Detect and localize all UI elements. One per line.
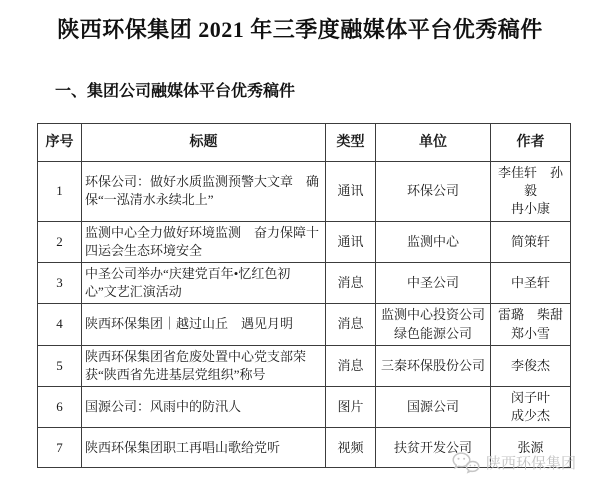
header-unit: 单位 — [376, 124, 491, 162]
header-author: 作者 — [491, 124, 571, 162]
row-unit: 中圣公司 — [376, 262, 491, 303]
row-author: 简策轩 — [491, 221, 571, 262]
table-body: 1环保公司：做好水质监测预警大文章 确保“一泓清水永续北上”通讯环保公司李佳轩 … — [38, 162, 571, 468]
row-author: 雷璐 柴甜 郑小雪 — [491, 304, 571, 345]
table-row: 2监测中心全力做好环境监测 奋力保障十四运会生态环境安全通讯监测中心简策轩 — [38, 221, 571, 262]
header-title: 标题 — [82, 124, 326, 162]
document-title: 陕西环保集团 2021 年三季度融媒体平台优秀稿件 — [10, 16, 590, 44]
row-number: 3 — [38, 262, 82, 303]
row-unit: 三秦环保股份公司 — [376, 345, 491, 386]
row-type: 通讯 — [326, 221, 376, 262]
table-row: 3中圣公司举办“庆建党百年•忆红色初心”文艺汇演活动消息中圣公司中圣轩 — [38, 262, 571, 303]
row-type: 消息 — [326, 262, 376, 303]
row-number: 2 — [38, 221, 82, 262]
row-type: 通讯 — [326, 162, 376, 222]
row-type: 视频 — [326, 428, 376, 468]
table-header-row: 序号 标题 类型 单位 作者 — [38, 124, 571, 162]
row-number: 5 — [38, 345, 82, 386]
table-row: 4陕西环保集团｜越过山丘 遇见月明消息监测中心投资公司 绿色能源公司雷璐 柴甜 … — [38, 304, 571, 345]
row-unit: 环保公司 — [376, 162, 491, 222]
row-unit: 国源公司 — [376, 387, 491, 428]
manuscripts-table: 序号 标题 类型 单位 作者 1环保公司：做好水质监测预警大文章 确保“一泓清水… — [37, 123, 571, 468]
section-heading: 一、集团公司融媒体平台优秀稿件 — [55, 78, 600, 101]
row-title: 监测中心全力做好环境监测 奋力保障十四运会生态环境安全 — [82, 221, 326, 262]
row-author: 闵子叶 成少杰 — [491, 387, 571, 428]
row-title: 陕西环保集团职工再唱山歌给党听 — [82, 428, 326, 468]
row-title: 国源公司：风雨中的防汛人 — [82, 387, 326, 428]
row-number: 7 — [38, 428, 82, 468]
row-author: 中圣轩 — [491, 262, 571, 303]
row-title: 陕西环保集团｜越过山丘 遇见月明 — [82, 304, 326, 345]
row-author: 李俊杰 — [491, 345, 571, 386]
table-row: 5陕西环保集团省危废处置中心党支部荣获“陕西省先进基层党组织”称号消息三秦环保股… — [38, 345, 571, 386]
row-unit: 监测中心 — [376, 221, 491, 262]
watermark: 陕西环保集团 — [451, 451, 576, 474]
row-author: 李佳轩 孙毅 冉小康 — [491, 162, 571, 222]
row-number: 4 — [38, 304, 82, 345]
row-number: 1 — [38, 162, 82, 222]
row-title: 环保公司：做好水质监测预警大文章 确保“一泓清水永续北上” — [82, 162, 326, 222]
row-type: 消息 — [326, 304, 376, 345]
row-title: 中圣公司举办“庆建党百年•忆红色初心”文艺汇演活动 — [82, 262, 326, 303]
row-number: 6 — [38, 387, 82, 428]
table-row: 6国源公司：风雨中的防汛人图片国源公司闵子叶 成少杰 — [38, 387, 571, 428]
wechat-logo-icon — [451, 451, 481, 474]
row-type: 图片 — [326, 387, 376, 428]
watermark-text: 陕西环保集团 — [486, 452, 576, 473]
row-unit: 监测中心投资公司 绿色能源公司 — [376, 304, 491, 345]
row-type: 消息 — [326, 345, 376, 386]
row-title: 陕西环保集团省危废处置中心党支部荣获“陕西省先进基层党组织”称号 — [82, 345, 326, 386]
header-type: 类型 — [326, 124, 376, 162]
table-row: 1环保公司：做好水质监测预警大文章 确保“一泓清水永续北上”通讯环保公司李佳轩 … — [38, 162, 571, 222]
header-no: 序号 — [38, 124, 82, 162]
